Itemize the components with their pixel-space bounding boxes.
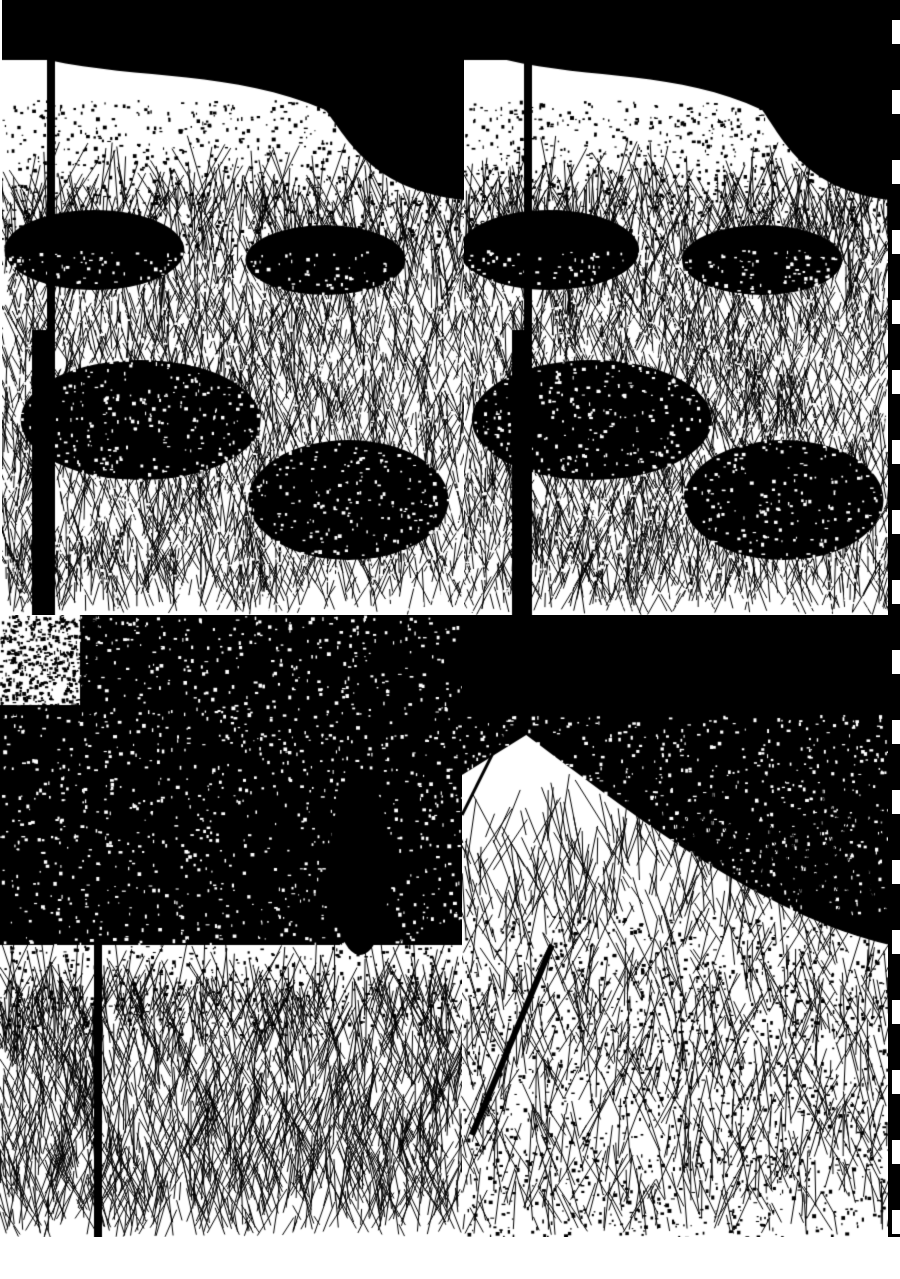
film-notch — [892, 440, 900, 464]
film-notch — [892, 20, 900, 44]
film-edge — [888, 0, 900, 1237]
photo-plate — [0, 0, 900, 1240]
film-notch — [892, 650, 900, 674]
photo-bottom-right — [462, 615, 890, 1237]
photo-top-left — [2, 0, 464, 615]
film-notch — [892, 230, 900, 254]
film-notch — [892, 790, 900, 814]
film-notch — [892, 930, 900, 954]
film-notch — [892, 1070, 900, 1094]
photo-bottom-left — [0, 615, 462, 1237]
film-notch — [892, 580, 900, 604]
film-notch — [892, 1140, 900, 1164]
film-notch — [892, 370, 900, 394]
photo-top-right — [464, 0, 890, 615]
film-notch — [892, 510, 900, 534]
film-notch — [892, 300, 900, 324]
film-notch — [892, 90, 900, 114]
film-notch — [892, 1000, 900, 1024]
film-notch — [892, 720, 900, 744]
film-notch — [892, 1210, 900, 1234]
film-notch — [892, 860, 900, 884]
film-notch — [892, 160, 900, 184]
blank-margin — [0, 1240, 900, 1279]
